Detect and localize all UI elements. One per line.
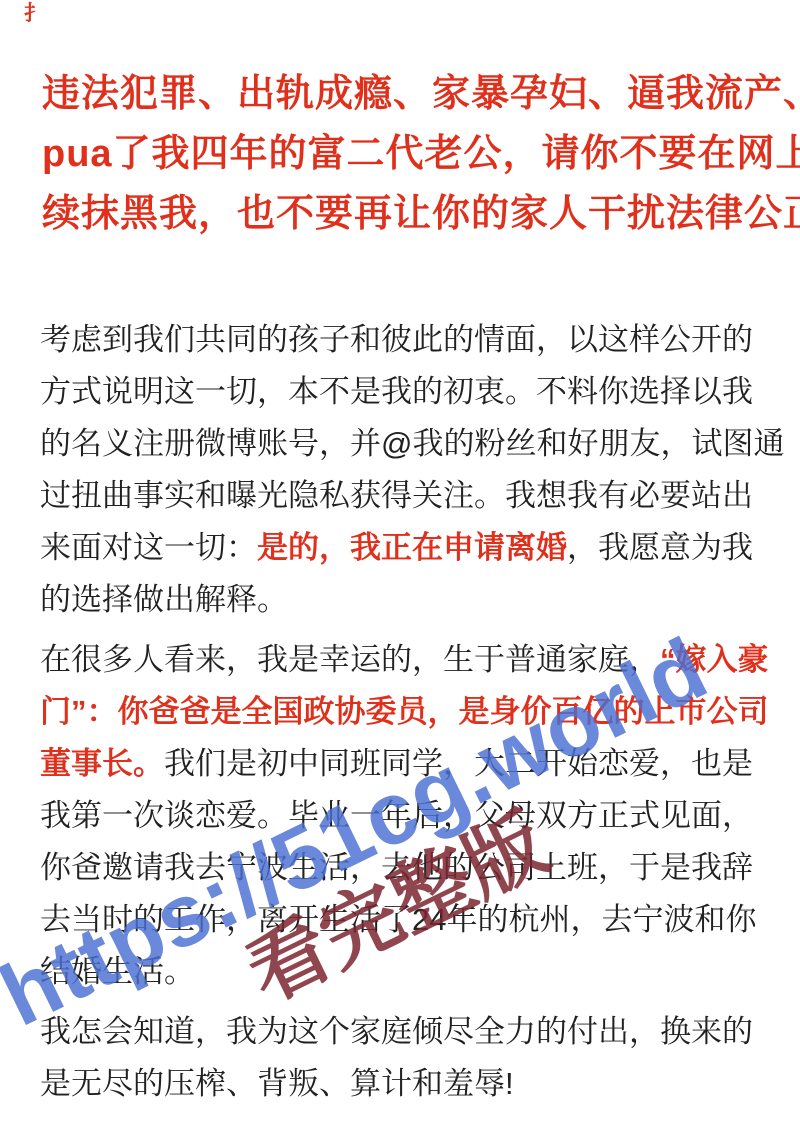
text-line: 来面对这一切：是的，我正在申请离婚，我愿意为我 (40, 522, 764, 574)
text-segment: 来面对这一切： (40, 530, 257, 565)
text-segment: 的名义注册微博账号，并@我的粉丝和好朋友，试图通 (40, 426, 784, 461)
body-paragraph: 我怎会知道，我为这个家庭倾尽全力的付出，换来的是无尽的压榨、背叛、算计和羞辱! (40, 1006, 764, 1110)
headline: 违法犯罪、出轨成瘾、家暴孕妇、逼我流产、pua了我四年的富二代老公，请你不要在网… (42, 64, 800, 244)
text-segment: 方式说明这一切，本不是我的初衷。不料你选择以我 (40, 374, 753, 409)
text-segment: 的选择做出解释。 (40, 582, 288, 617)
text-line: 我怎会知道，我为这个家庭倾尽全力的付出，换来的 (40, 1006, 764, 1058)
text-segment: 过扭曲事实和曝光隐私获得关注。我想我有必要站出 (40, 478, 753, 513)
text-line: 过扭曲事实和曝光隐私获得关注。我想我有必要站出 (40, 470, 764, 522)
headline-line: 续抹黑我，也不要再让你的家人干扰法律公正! (42, 184, 800, 244)
text-line: 的名义注册微博账号，并@我的粉丝和好朋友，试图通 (40, 418, 764, 470)
text-line: 的选择做出解释。 (40, 574, 764, 626)
text-segment: 是无尽的压榨、背叛、算计和羞辱! (40, 1066, 514, 1101)
body-paragraph: 考虑到我们共同的孩子和彼此的情面，以这样公开的方式说明这一切，本不是我的初衷。不… (40, 314, 764, 626)
text-line: 方式说明这一切，本不是我的初衷。不料你选择以我 (40, 366, 764, 418)
highlight-text: 是的，我正在申请离婚 (257, 530, 567, 565)
text-line: 考虑到我们共同的孩子和彼此的情面，以这样公开的 (40, 314, 764, 366)
corner-mark: 扌 (24, 0, 45, 27)
headline-line: pua了我四年的富二代老公，请你不要在网上继 (42, 124, 800, 184)
text-line: 是无尽的压榨、背叛、算计和羞辱! (40, 1058, 764, 1110)
headline-line: 违法犯罪、出轨成瘾、家暴孕妇、逼我流产、 (42, 64, 800, 124)
article-page: 扌 违法犯罪、出轨成瘾、家暴孕妇、逼我流产、pua了我四年的富二代老公，请你不要… (0, 0, 800, 1131)
highlight-text: 董事长。 (40, 746, 164, 781)
text-segment: 我怎会知道，我为这个家庭倾尽全力的付出，换来的 (40, 1014, 753, 1049)
text-segment: 考虑到我们共同的孩子和彼此的情面，以这样公开的 (40, 322, 753, 357)
text-segment: ，我愿意为我 (567, 530, 753, 565)
